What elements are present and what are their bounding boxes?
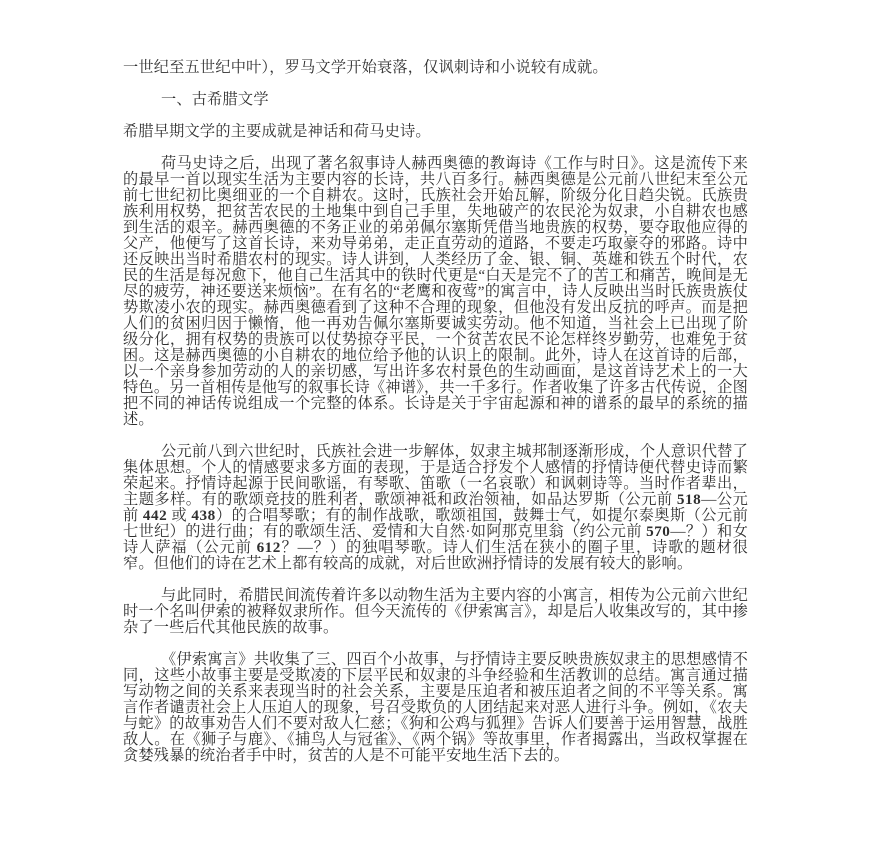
paragraph-aesop-intro: 与此同时，希腊民间流传着许多以动物生活为主要内容的小寓言，相传为公元前六世纪时一…	[123, 588, 748, 636]
document-text-block: 一世纪至五世纪中叶），罗马文学开始衰落，仅讽刺诗和小说较有成就。 一、古希腊文学…	[123, 60, 748, 764]
document-page: 一世纪至五世纪中叶），罗马文学开始衰落，仅讽刺诗和小说较有成就。 一、古希腊文学…	[0, 0, 870, 842]
continuation-paragraph: 一世纪至五世纪中叶），罗马文学开始衰落，仅讽刺诗和小说较有成就。	[123, 60, 748, 76]
paragraph-hesiod: 荷马史诗之后，出现了著名叙事诗人赫西奥德的教诲诗《工作与时日》。这是流传下来的最…	[123, 156, 748, 428]
paragraph-aesop-fables: 《伊索寓言》共收集了三、四百个小故事，与抒情诗主要反映贵族奴隶主的思想感情不同，…	[123, 652, 748, 764]
intro-paragraph: 希腊早期文学的主要成就是神话和荷马史诗。	[123, 124, 748, 140]
section-heading: 一、古希腊文学	[123, 92, 748, 108]
paragraph-lyric-poetry: 公元前八到六世纪时，氏族社会进一步解体，奴隶主城邦制逐渐形成，个人意识代替了集体…	[123, 444, 748, 572]
